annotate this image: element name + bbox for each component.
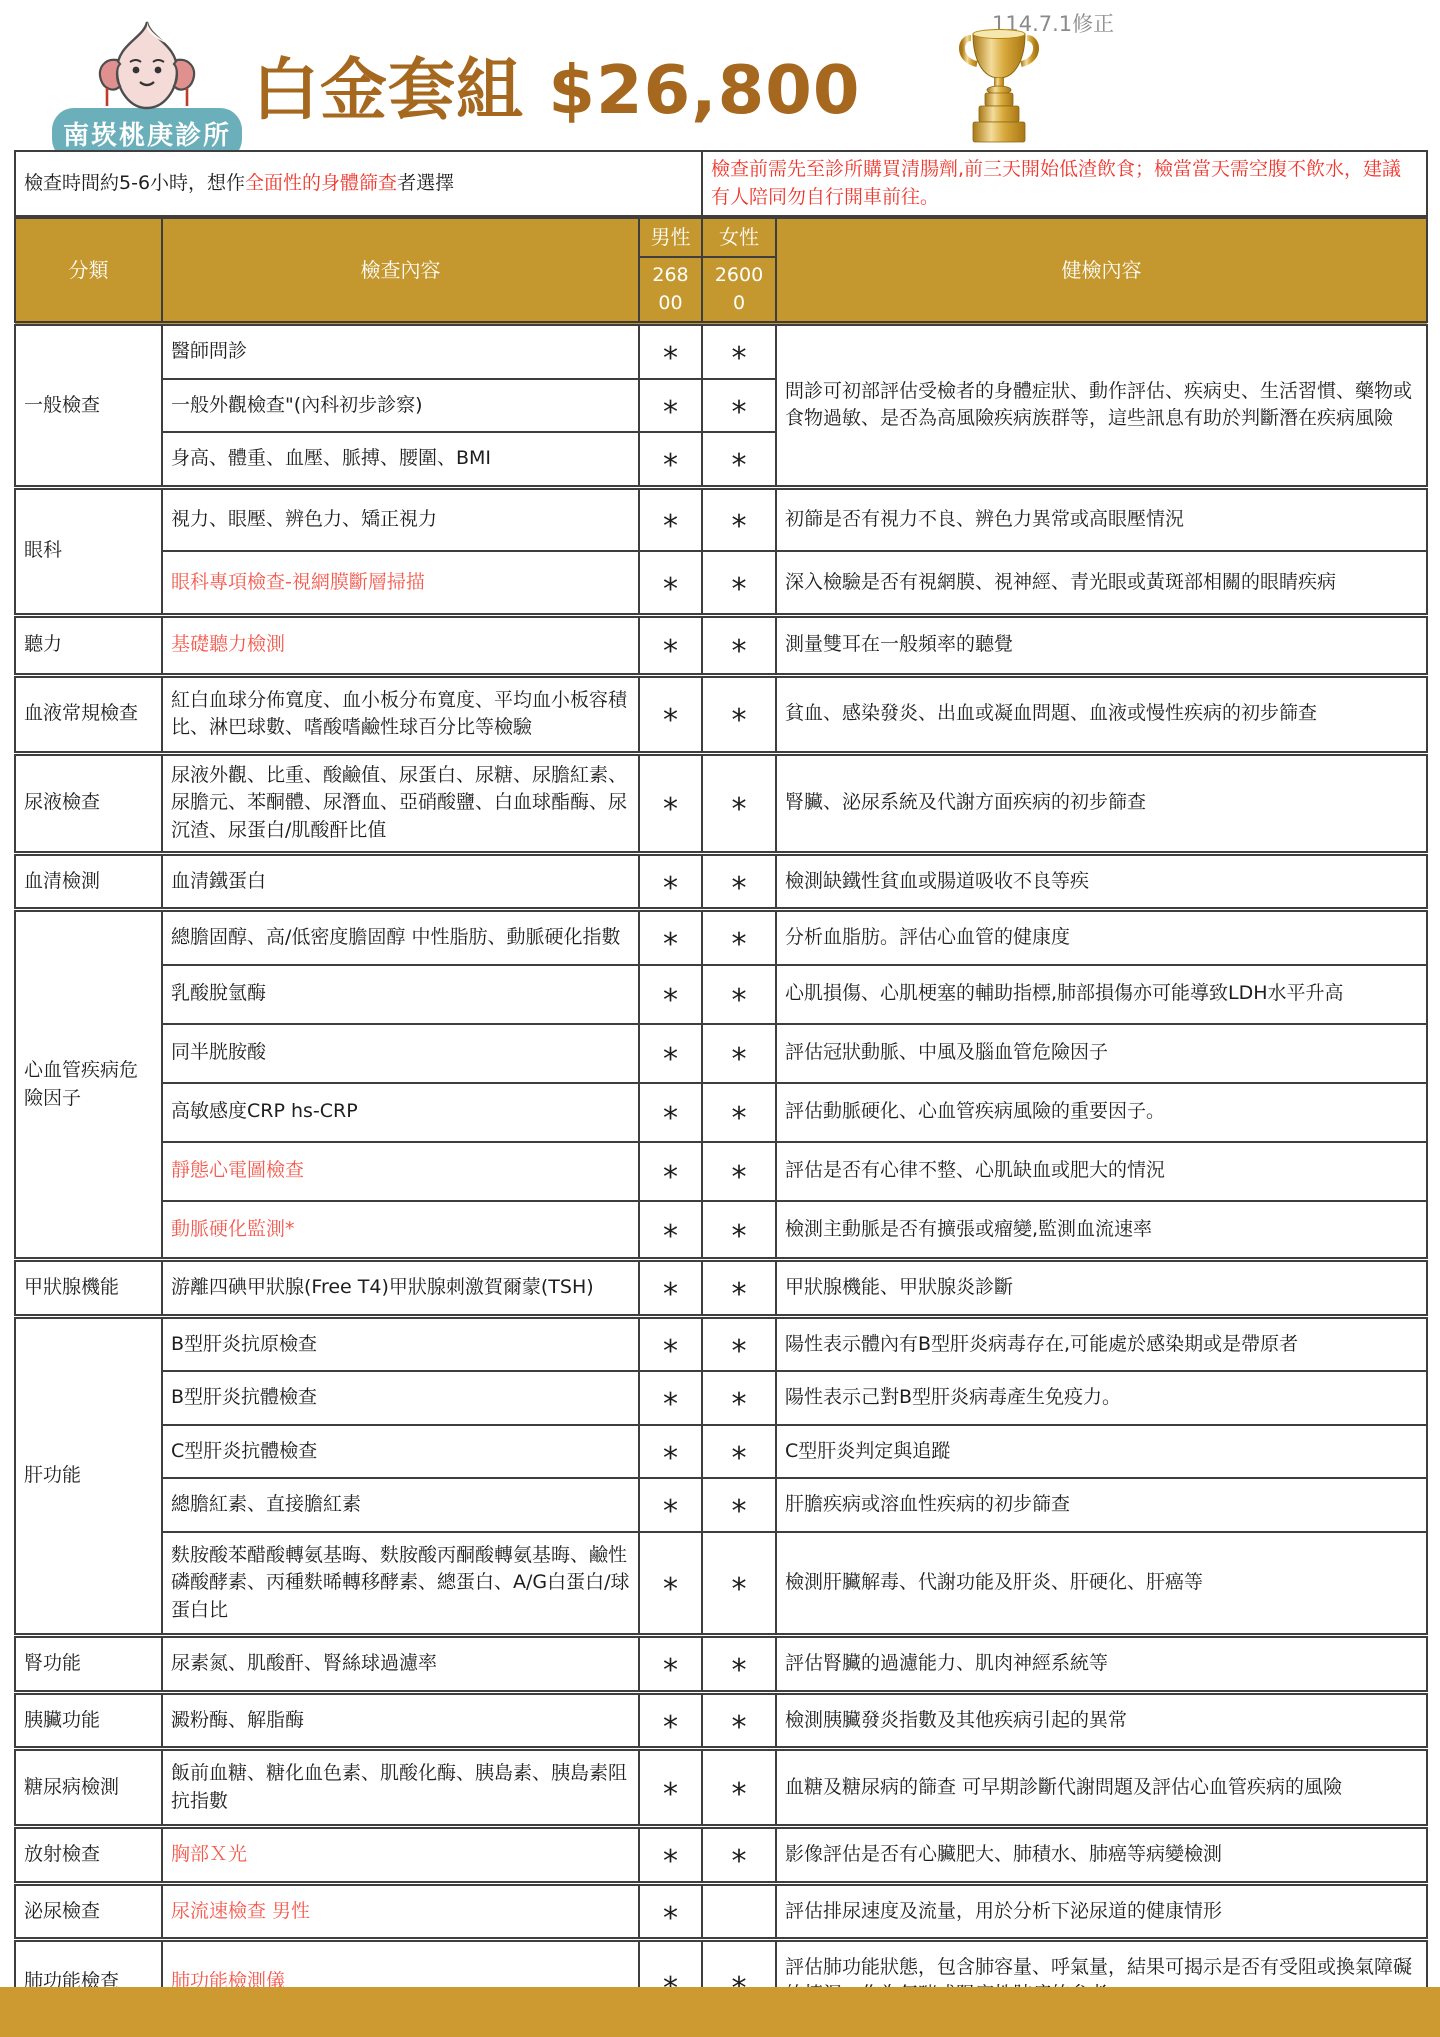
female-mark-cell: *	[702, 615, 776, 675]
table-row: 泌尿檢查尿流速檢查 男性*評估排尿速度及流量，用於分析下泌尿道的健康情形	[15, 1883, 1427, 1940]
female-mark-cell: *	[702, 853, 776, 910]
table-row: 糖尿病檢測飯前血糖、糖化血色素、肌酸化酶、胰島素、胰島素阻抗指數**血糖及糖尿病…	[15, 1749, 1427, 1827]
male-mark-cell: *	[639, 910, 702, 965]
header-male-price: 26800	[639, 257, 702, 324]
header-female-price: 26000	[702, 257, 776, 324]
category-cell: 胰臟功能	[15, 1692, 162, 1749]
table-row: 眼科專項檢查-視網膜斷層掃描**深入檢驗是否有視網膜、視神經、青光眼或黃斑部相關…	[15, 551, 1427, 615]
table-row: 高敏感度CRP hs-CRP**評估動脈硬化、心血管疾病風險的重要因子。	[15, 1083, 1427, 1142]
exam-cell: 眼科專項檢查-視網膜斷層掃描	[162, 551, 639, 615]
female-mark-cell: *	[702, 1636, 776, 1693]
table-header-row: 分類 檢查內容 男性 女性 健檢內容	[15, 217, 1427, 257]
category-cell: 腎功能	[15, 1636, 162, 1693]
intro-row: 檢查時間約5-6小時，想作全面性的身體篩查者選擇 檢查前需先至診所購買清腸劑,前…	[15, 151, 1427, 217]
female-mark-cell: *	[702, 1478, 776, 1532]
category-cell: 放射檢查	[15, 1827, 162, 1884]
table-row: 甲狀腺機能游離四碘甲狀腺(Free T4)甲狀腺刺激賀爾蒙(TSH)**甲狀腺機…	[15, 1260, 1427, 1317]
male-mark-cell: *	[639, 1692, 702, 1749]
exam-cell: 飯前血糖、糖化血色素、肌酸化酶、胰島素、胰島素阻抗指數	[162, 1749, 639, 1827]
exam-table: 檢查時間約5-6小時，想作全面性的身體篩查者選擇 檢查前需先至診所購買清腸劑,前…	[14, 150, 1428, 2023]
male-mark-cell: *	[639, 853, 702, 910]
desc-cell: 評估動脈硬化、心血管疾病風險的重要因子。	[776, 1083, 1427, 1142]
male-mark-cell: *	[639, 1636, 702, 1693]
male-mark-cell: *	[639, 1316, 702, 1371]
table-row: B型肝炎抗體檢查**陽性表示己對B型肝炎病毒產生免疫力。	[15, 1371, 1427, 1425]
male-mark-cell: *	[639, 965, 702, 1024]
table-row: 眼科視力、眼壓、辨色力、矯正視力**初篩是否有視力不良、辨色力異常或高眼壓情況	[15, 487, 1427, 551]
exam-cell: B型肝炎抗體檢查	[162, 1371, 639, 1425]
header-desc: 健檢內容	[776, 217, 1427, 324]
desc-cell: 問診可初部評估受檢者的身體症狀、動作評估、疾病史、生活習慣、藥物或食物過敏、是否…	[776, 324, 1427, 488]
table-row: 血液常規檢查紅白血球分佈寬度、血小板分布寬度、平均血小板容積比、淋巴球數、嗜酸嗜…	[15, 675, 1427, 753]
exam-cell: 胸部Ｘ光	[162, 1827, 639, 1884]
female-mark-cell: *	[702, 487, 776, 551]
female-mark-cell: *	[702, 1532, 776, 1636]
category-cell: 肝功能	[15, 1316, 162, 1636]
exam-cell: 尿流速檢查 男性	[162, 1883, 639, 1940]
info-highlight: 全面性的身體篩查	[245, 172, 397, 194]
desc-cell: 分析血脂肪。評估心血管的健康度	[776, 910, 1427, 965]
male-mark-cell: *	[639, 675, 702, 753]
female-mark-cell: *	[702, 965, 776, 1024]
male-mark-cell: *	[639, 1142, 702, 1201]
male-mark-cell: *	[639, 1827, 702, 1884]
category-cell: 泌尿檢查	[15, 1883, 162, 1940]
female-mark-cell: *	[702, 1692, 776, 1749]
male-mark-cell: *	[639, 1201, 702, 1260]
desc-cell: 血糖及糖尿病的篩查 可早期診斷代謝問題及評估心血管疾病的風險	[776, 1749, 1427, 1827]
table-row: 一般檢查醫師問診**問診可初部評估受檢者的身體症狀、動作評估、疾病史、生活習慣、…	[15, 324, 1427, 379]
exam-cell: 基礎聽力檢測	[162, 615, 639, 675]
female-mark-cell: *	[702, 432, 776, 487]
exam-cell: 總膽紅素、直接膽紅素	[162, 1478, 639, 1532]
female-mark-cell: *	[702, 1316, 776, 1371]
female-mark-cell: *	[702, 1201, 776, 1260]
desc-cell: 初篩是否有視力不良、辨色力異常或高眼壓情況	[776, 487, 1427, 551]
table-row: 同半胱胺酸**評估冠狀動脈、中風及腦血管危險因子	[15, 1024, 1427, 1083]
desc-cell: 檢測缺鐵性貧血或腸道吸收不良等疾	[776, 853, 1427, 910]
header-male: 男性	[639, 217, 702, 257]
male-mark-cell: *	[639, 432, 702, 487]
male-mark-cell: *	[639, 1425, 702, 1479]
table-row: 聽力基礎聽力檢測**測量雙耳在一般頻率的聽覺	[15, 615, 1427, 675]
female-mark-cell: *	[702, 379, 776, 433]
desc-cell: 影像評估是否有心臟肥大、肺積水、肺癌等病變檢測	[776, 1827, 1427, 1884]
male-mark-cell: *	[639, 1749, 702, 1827]
exam-cell: 醫師問診	[162, 324, 639, 379]
female-mark-cell: *	[702, 1749, 776, 1827]
desc-cell: 甲狀腺機能、甲狀腺炎診斷	[776, 1260, 1427, 1317]
female-mark-cell: *	[702, 675, 776, 753]
info-preparation-note: 檢查前需先至診所購買清腸劑,前三天開始低渣飲食；檢當當天需空腹不飲水，建議有人陪…	[702, 151, 1427, 217]
female-mark-cell: *	[702, 324, 776, 379]
exam-cell: 乳酸脫氫酶	[162, 965, 639, 1024]
exam-cell: 尿素氮、肌酸酐、腎絲球過濾率	[162, 1636, 639, 1693]
exam-cell: 身高、體重、血壓、脈搏、腰圍、BMI	[162, 432, 639, 487]
category-cell: 血液常規檢查	[15, 675, 162, 753]
table-row: 放射檢查胸部Ｘ光**影像評估是否有心臟肥大、肺積水、肺癌等病變檢測	[15, 1827, 1427, 1884]
female-mark-cell	[702, 1883, 776, 1940]
female-mark-cell: *	[702, 1260, 776, 1317]
female-mark-cell: *	[702, 1425, 776, 1479]
table-row: 靜態心電圖檢查**評估是否有心律不整、心肌缺血或肥大的情況	[15, 1142, 1427, 1201]
trophy-icon	[953, 26, 1045, 144]
desc-cell: 肝膽疾病或溶血性疾病的初步篩查	[776, 1478, 1427, 1532]
desc-cell: 測量雙耳在一般頻率的聽覺	[776, 615, 1427, 675]
female-mark-cell: *	[702, 1083, 776, 1142]
male-mark-cell: *	[639, 615, 702, 675]
male-mark-cell: *	[639, 1371, 702, 1425]
table-row: 心血管疾病危險因子總膽固醇、高/低密度膽固醇 中性脂肪、動脈硬化指數**分析血脂…	[15, 910, 1427, 965]
desc-cell: 檢測胰臟發炎指數及其他疾病引起的異常	[776, 1692, 1427, 1749]
table-row: 肝功能B型肝炎抗原檢查**陽性表示體內有B型肝炎病毒存在,可能處於感染期或是帶原…	[15, 1316, 1427, 1371]
female-mark-cell: *	[702, 753, 776, 853]
exam-cell: 尿液外觀、比重、酸鹼值、尿蛋白、尿糖、尿膽紅素、尿膽元、苯酮體、尿潛血、亞硝酸鹽…	[162, 753, 639, 853]
category-cell: 糖尿病檢測	[15, 1749, 162, 1827]
exam-cell: 紅白血球分佈寬度、血小板分布寬度、平均血小板容積比、淋巴球數、嗜酸嗜鹼性球百分比…	[162, 675, 639, 753]
category-cell: 血清檢測	[15, 853, 162, 910]
desc-cell: 陽性表示體內有B型肝炎病毒存在,可能處於感染期或是帶原者	[776, 1316, 1427, 1371]
category-cell: 尿液檢查	[15, 753, 162, 853]
male-mark-cell: *	[639, 1024, 702, 1083]
category-cell: 心血管疾病危險因子	[15, 910, 162, 1260]
desc-cell: 檢測肝臟解毒、代謝功能及肝炎、肝硬化、肝癌等	[776, 1532, 1427, 1636]
table-row: 總膽紅素、直接膽紅素**肝膽疾病或溶血性疾病的初步篩查	[15, 1478, 1427, 1532]
kidney-mascot-icon	[83, 18, 211, 114]
desc-cell: 評估排尿速度及流量，用於分析下泌尿道的健康情形	[776, 1883, 1427, 1940]
desc-cell: 評估腎臟的過濾能力、肌肉神經系統等	[776, 1636, 1427, 1693]
table-row: 動脈硬化監測***檢測主動脈是否有擴張或瘤變,監測血流速率	[15, 1201, 1427, 1260]
exam-cell: C型肝炎抗體檢查	[162, 1425, 639, 1479]
desc-cell: 深入檢驗是否有視網膜、視神經、青光眼或黃斑部相關的眼睛疾病	[776, 551, 1427, 615]
table-row: 乳酸脫氫酶**心肌損傷、心肌梗塞的輔助指標,肺部損傷亦可能導致LDH水平升高	[15, 965, 1427, 1024]
footer-gold-bar	[0, 1987, 1440, 2037]
male-mark-cell: *	[639, 1532, 702, 1636]
exam-cell: 靜態心電圖檢查	[162, 1142, 639, 1201]
exam-table-body: 檢查時間約5-6小時，想作全面性的身體篩查者選擇 檢查前需先至診所購買清腸劑,前…	[15, 151, 1427, 2022]
desc-cell: 貧血、感染發炎、出血或凝血問題、血液或慢性疾病的初步篩查	[776, 675, 1427, 753]
female-mark-cell: *	[702, 551, 776, 615]
male-mark-cell: *	[639, 753, 702, 853]
exam-cell: 動脈硬化監測*	[162, 1201, 639, 1260]
category-cell: 眼科	[15, 487, 162, 615]
exam-cell: 總膽固醇、高/低密度膽固醇 中性脂肪、動脈硬化指數	[162, 910, 639, 965]
info-duration: 檢查時間約5-6小時，想作全面性的身體篩查者選擇	[15, 151, 702, 217]
table-row: 胰臟功能澱粉酶、解脂酶**檢測胰臟發炎指數及其他疾病引起的異常	[15, 1692, 1427, 1749]
exam-cell: 澱粉酶、解脂酶	[162, 1692, 639, 1749]
desc-cell: 評估是否有心律不整、心肌缺血或肥大的情況	[776, 1142, 1427, 1201]
exam-cell: 同半胱胺酸	[162, 1024, 639, 1083]
desc-cell: 評估冠狀動脈、中風及腦血管危險因子	[776, 1024, 1427, 1083]
page-title: 白金套組 $26,800	[252, 30, 912, 140]
desc-cell: 心肌損傷、心肌梗塞的輔助指標,肺部損傷亦可能導致LDH水平升高	[776, 965, 1427, 1024]
desc-cell: 腎臟、泌尿系統及代謝方面疾病的初步篩查	[776, 753, 1427, 853]
exam-cell: 血清鐵蛋白	[162, 853, 639, 910]
table-row: 尿液檢查尿液外觀、比重、酸鹼值、尿蛋白、尿糖、尿膽紅素、尿膽元、苯酮體、尿潛血、…	[15, 753, 1427, 853]
header-category: 分類	[15, 217, 162, 324]
exam-cell: 高敏感度CRP hs-CRP	[162, 1083, 639, 1142]
table-row: 血清檢測血清鐵蛋白**檢測缺鐵性貧血或腸道吸收不良等疾	[15, 853, 1427, 910]
category-cell: 一般檢查	[15, 324, 162, 488]
male-mark-cell: *	[639, 1083, 702, 1142]
male-mark-cell: *	[639, 487, 702, 551]
exam-cell: B型肝炎抗原檢查	[162, 1316, 639, 1371]
table-row: 麩胺酸苯醋酸轉氨基晦、麩胺酸丙酮酸轉氨基晦、鹼性磷酸酵素、丙種麩晞轉移酵素、總蛋…	[15, 1532, 1427, 1636]
table-row: 腎功能尿素氮、肌酸酐、腎絲球過濾率**評估腎臟的過濾能力、肌肉神經系統等	[15, 1636, 1427, 1693]
male-mark-cell: *	[639, 1260, 702, 1317]
male-mark-cell: *	[639, 1478, 702, 1532]
female-mark-cell: *	[702, 1827, 776, 1884]
desc-cell: C型肝炎判定與追蹤	[776, 1425, 1427, 1479]
category-cell: 聽力	[15, 615, 162, 675]
male-mark-cell: *	[639, 551, 702, 615]
male-mark-cell: *	[639, 324, 702, 379]
header-female: 女性	[702, 217, 776, 257]
exam-cell: 視力、眼壓、辨色力、矯正視力	[162, 487, 639, 551]
exam-cell: 麩胺酸苯醋酸轉氨基晦、麩胺酸丙酮酸轉氨基晦、鹼性磷酸酵素、丙種麩晞轉移酵素、總蛋…	[162, 1532, 639, 1636]
exam-cell: 一般外觀檢查"(內科初步診察)	[162, 379, 639, 433]
female-mark-cell: *	[702, 1142, 776, 1201]
exam-cell: 游離四碘甲狀腺(Free T4)甲狀腺刺激賀爾蒙(TSH)	[162, 1260, 639, 1317]
female-mark-cell: *	[702, 910, 776, 965]
header-exam: 檢查內容	[162, 217, 639, 324]
table-row: C型肝炎抗體檢查**C型肝炎判定與追蹤	[15, 1425, 1427, 1479]
category-cell: 甲狀腺機能	[15, 1260, 162, 1317]
female-mark-cell: *	[702, 1371, 776, 1425]
desc-cell: 檢測主動脈是否有擴張或瘤變,監測血流速率	[776, 1201, 1427, 1260]
desc-cell: 陽性表示己對B型肝炎病毒產生免疫力。	[776, 1371, 1427, 1425]
male-mark-cell: *	[639, 1883, 702, 1940]
clinic-brand: 南崁桃庚診所	[52, 18, 242, 161]
male-mark-cell: *	[639, 379, 702, 433]
female-mark-cell: *	[702, 1024, 776, 1083]
